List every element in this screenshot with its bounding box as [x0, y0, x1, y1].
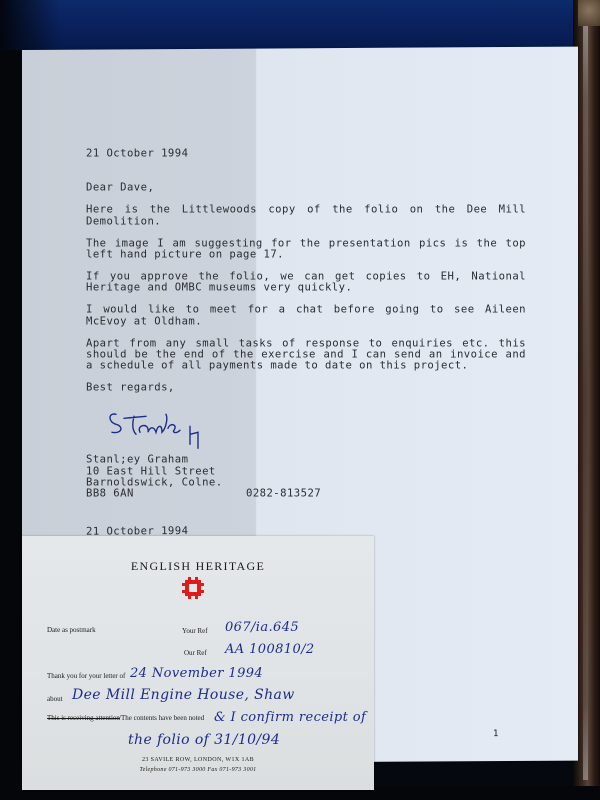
thank-you-label: Thank you for your letter of: [47, 672, 125, 680]
letter-date-value: 24 November 1994: [130, 666, 263, 681]
sender-phone: 0282-813527: [246, 488, 321, 499]
signature-stroke-icon: [106, 404, 216, 454]
letter-paragraph: I would like to meet for a chat before g…: [86, 305, 526, 328]
page-number: 1: [493, 729, 498, 739]
sender-name: Stanl;ey Graham: [86, 454, 526, 465]
handwritten-note-line2: the folio of 31/10/94: [128, 732, 280, 748]
handwritten-signature: [86, 404, 526, 454]
your-ref-value: 067/ia.645: [225, 620, 299, 635]
sender-address: Stanl;ey Graham 10 East Hill Street Barn…: [86, 454, 526, 500]
our-ref-label: Our Ref: [184, 649, 207, 657]
binder-rail-end: [578, 0, 600, 26]
english-heritage-logo-icon: [182, 577, 204, 599]
handwritten-note-line1: & I confirm receipt of: [214, 710, 366, 725]
english-heritage-compliments-slip: ENGLISH HERITAGE Date as postmark Your R…: [22, 536, 374, 790]
about-label: about: [47, 695, 63, 703]
letter-paragraph: Apart from any small tasks of response t…: [86, 338, 526, 372]
footer-address: 23 SAVILE ROW, LONDON, W1X 1AB: [22, 757, 374, 763]
our-ref-value: AA 100810/2: [225, 642, 315, 657]
struck-option: This is receiving attention: [47, 714, 120, 722]
noted-option: /The contents have been noted: [119, 714, 204, 722]
your-ref-label: Your Ref: [182, 627, 208, 635]
footer-telephone: Telephone 071-973 3000 Fax 071-973 3001: [22, 767, 374, 773]
letter-paragraph: The image I am suggesting for the presen…: [86, 238, 526, 261]
binder-cover-left: [0, 50, 22, 800]
about-value: Dee Mill Engine House, Shaw: [72, 687, 295, 703]
letter-greeting: Dear Dave,: [86, 183, 526, 194]
date-label: Date as postmark: [47, 626, 96, 634]
letter-paragraph: If you approve the folio, we can get cop…: [86, 271, 526, 294]
letter-paragraph: Here is the Littlewoods copy of the foli…: [86, 205, 526, 228]
letter-date: 21 October 1994: [86, 148, 526, 159]
organisation-name: ENGLISH HERITAGE: [22, 559, 374, 574]
binder-cover-top: [0, 0, 590, 50]
letter-closing: Best regards,: [86, 383, 526, 394]
letter-body: 21 October 1994 Dear Dave, Here is the L…: [86, 148, 526, 500]
